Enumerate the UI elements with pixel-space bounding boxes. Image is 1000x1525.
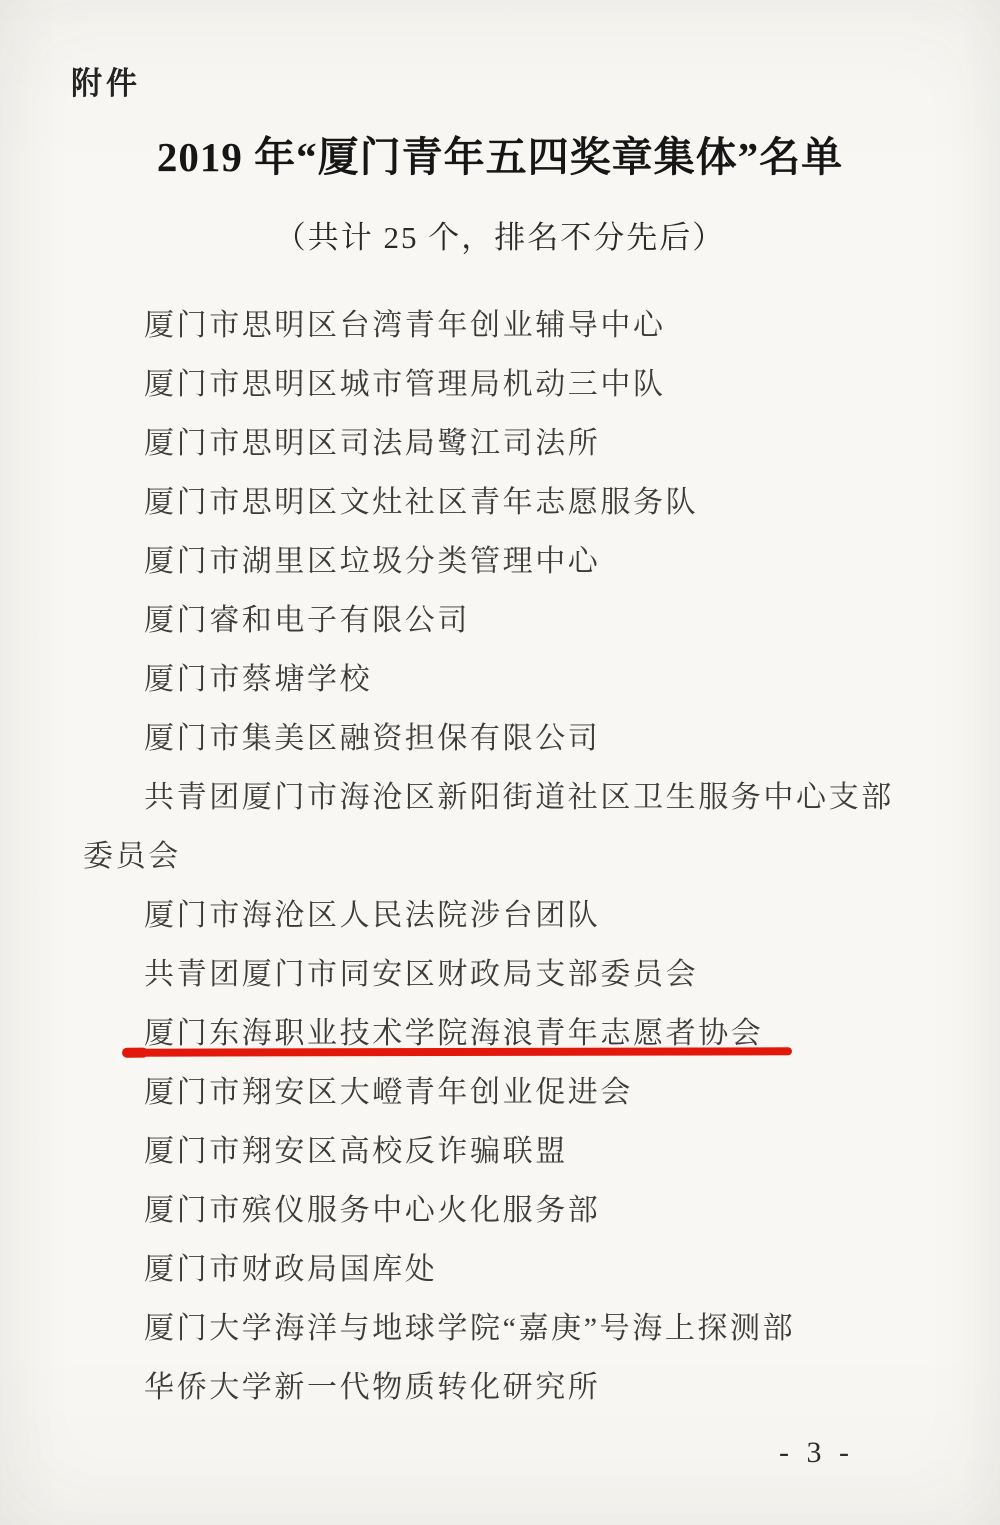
list-item-line: 厦门东海职业技术学院海浪青年志愿者协会 [83, 1004, 923, 1063]
red-underline-mark [124, 1047, 792, 1056]
list-item-line: 厦门市思明区台湾青年创业辅导中心 [83, 296, 923, 355]
list-item: 厦门市思明区司法局鹭江司法所 [83, 414, 923, 473]
list-item-line: 厦门市思明区文灶社区青年志愿服务队 [83, 473, 923, 532]
attachment-label: 附件 [71, 58, 141, 103]
list-item-line: 共青团厦门市海沧区新阳街道社区卫生服务中心支部 [83, 768, 923, 827]
list-item-line: 厦门市殡仪服务中心火化服务部 [83, 1181, 923, 1240]
list-item: 厦门市湖里区垃圾分类管理中心 [83, 532, 923, 591]
list-item-line: 共青团厦门市同安区财政局支部委员会 [83, 945, 923, 1004]
list-item-line: 厦门市思明区司法局鹭江司法所 [83, 414, 923, 473]
document-title: 2019 年“厦门青年五四奖章集体”名单 [0, 124, 1000, 183]
list-item-line: 厦门睿和电子有限公司 [83, 591, 923, 650]
list-item: 厦门市集美区融资担保有限公司 [83, 709, 923, 768]
list-item-line: 厦门市财政局国库处 [83, 1240, 923, 1299]
list-item-line: 华侨大学新一代物质转化研究所 [83, 1358, 923, 1417]
list-item-line: 厦门市集美区融资担保有限公司 [83, 709, 923, 768]
page-number: - 3 - [779, 1436, 854, 1470]
list-item-line: 厦门市蔡塘学校 [83, 650, 923, 709]
list-item: 共青团厦门市同安区财政局支部委员会 [83, 945, 923, 1004]
list-item: 厦门市翔安区大嶝青年创业促进会 [83, 1063, 923, 1122]
list-item: 厦门市蔡塘学校 [83, 650, 923, 709]
list-item: 厦门市海沧区人民法院涉台团队 [83, 886, 923, 945]
list-item: 厦门睿和电子有限公司 [83, 591, 923, 650]
list-item-line: 委员会 [83, 827, 923, 886]
award-list: 厦门市思明区台湾青年创业辅导中心厦门市思明区城市管理局机动三中队厦门市思明区司法… [83, 296, 923, 1417]
list-item: 华侨大学新一代物质转化研究所 [83, 1358, 923, 1417]
list-item: 厦门市思明区文灶社区青年志愿服务队 [83, 473, 923, 532]
document-subtitle: （共计 25 个，排名不分先后） [0, 212, 1000, 257]
list-item-line: 厦门大学海洋与地球学院“嘉庚”号海上探测部 [83, 1299, 923, 1358]
list-item-line: 厦门市海沧区人民法院涉台团队 [83, 886, 923, 945]
list-item: 厦门市财政局国库处 [83, 1240, 923, 1299]
document-page: 附件 2019 年“厦门青年五四奖章集体”名单 （共计 25 个，排名不分先后）… [0, 0, 1000, 1525]
list-item: 厦门市思明区城市管理局机动三中队 [83, 355, 923, 414]
list-item: 共青团厦门市海沧区新阳街道社区卫生服务中心支部委员会 [83, 768, 923, 886]
list-item-line: 厦门市翔安区大嶝青年创业促进会 [83, 1063, 923, 1122]
list-item: 厦门市思明区台湾青年创业辅导中心 [83, 296, 923, 355]
list-item: 厦门大学海洋与地球学院“嘉庚”号海上探测部 [83, 1299, 923, 1358]
list-item-line: 厦门市湖里区垃圾分类管理中心 [83, 532, 923, 591]
list-item-line: 厦门市思明区城市管理局机动三中队 [83, 355, 923, 414]
list-item: 厦门市翔安区高校反诈骗联盟 [83, 1122, 923, 1181]
list-item: 厦门市殡仪服务中心火化服务部 [83, 1181, 923, 1240]
list-item-line: 厦门市翔安区高校反诈骗联盟 [83, 1122, 923, 1181]
list-item: 厦门东海职业技术学院海浪青年志愿者协会 [83, 1004, 923, 1063]
